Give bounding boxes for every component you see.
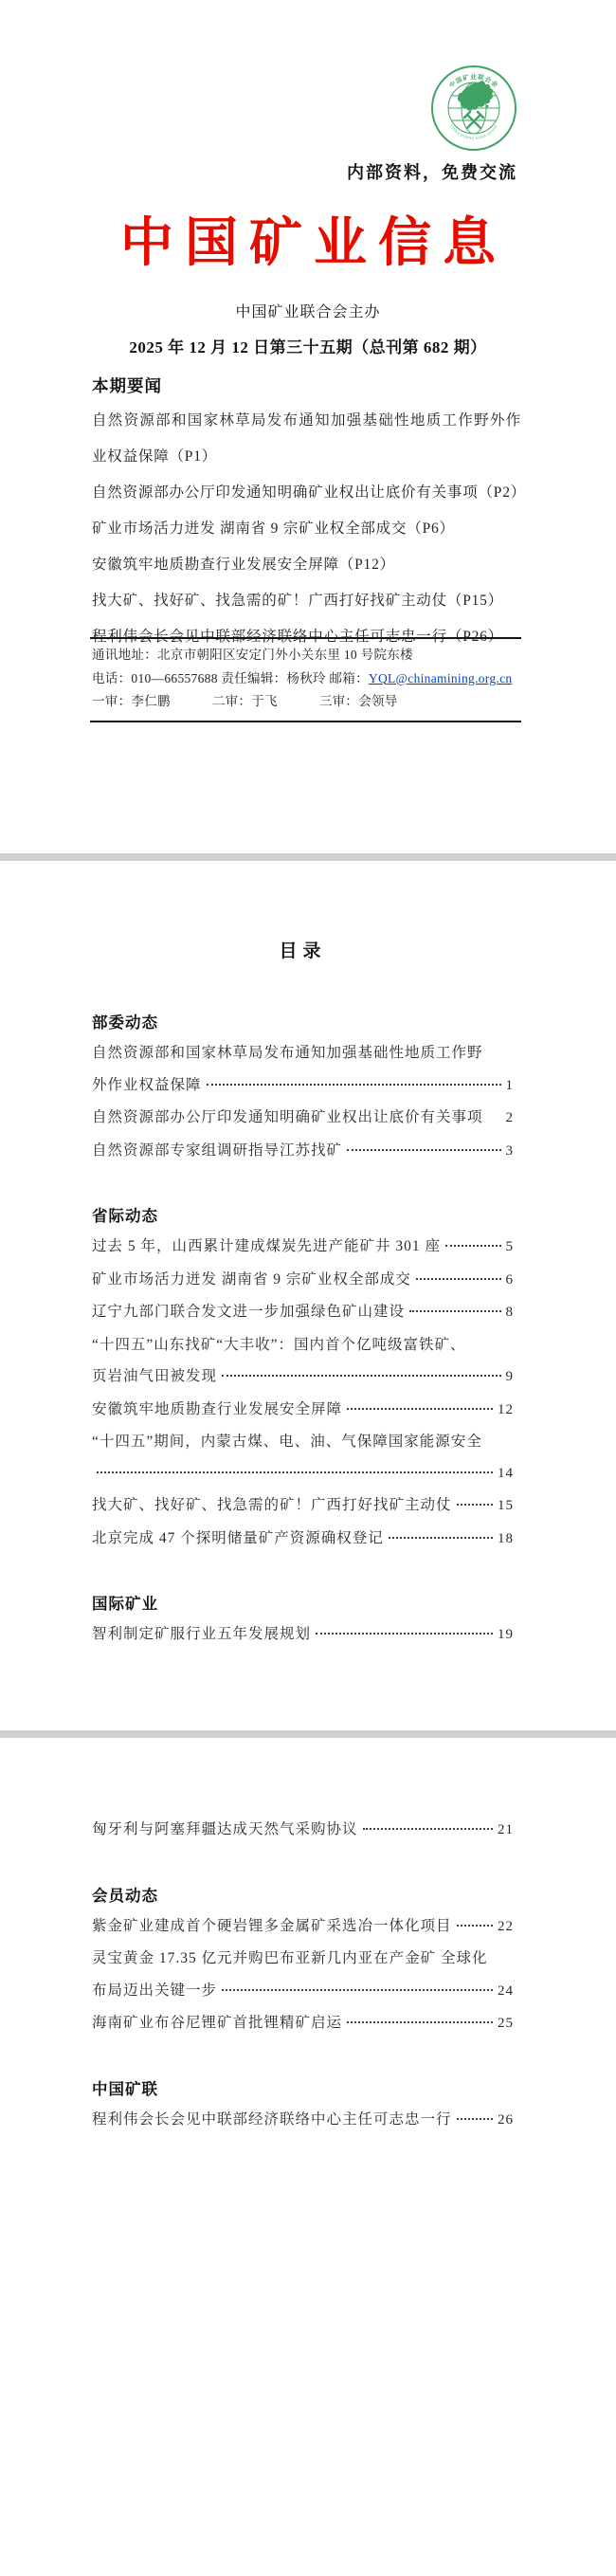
first-reviewer: 一审：李仁鹏: [92, 694, 171, 708]
toc-entry[interactable]: 14: [92, 1458, 514, 1490]
toc-page-number: 14: [498, 1458, 514, 1490]
toc-entry[interactable]: 北京完成 47 个探明储量矿产资源确权登记18: [92, 1523, 514, 1556]
newsletter-title: 中国矿业信息: [0, 201, 616, 277]
dot-leader: [222, 1989, 493, 1991]
toc-section-cma: 中国矿联 程利伟会长会见中联部经济联络中心主任可志忠一行26: [92, 2076, 514, 2137]
newsletter-document: 中国矿业联合会 CHINA MINING ASSOCIATION 内部资料，免费…: [0, 0, 616, 2576]
toc-entry[interactable]: 找大矿、找好矿、找急需的矿！广西打好找矿主动仗15: [92, 1489, 514, 1523]
toc-entry[interactable]: 辽宁九部门联合发文进一步加强绿色矿山建设8: [92, 1296, 514, 1329]
toc-entry[interactable]: 海南矿业布谷尼锂矿首批锂精矿启运25: [92, 2007, 514, 2040]
highlight-item: 自然资源部办公厅印发通知明确矿业权出让底价有关事项（P2）: [92, 475, 521, 511]
highlight-item: 安徽筑牢地质勘查行业发展安全屏障（P12）: [92, 547, 521, 583]
toc-section-provinces: 省际动态 过去 5 年，山西累计建成煤炭先进产能矿井 301 座5 矿业市场活力…: [92, 1203, 514, 1555]
toc-entry[interactable]: “十四五”期间，内蒙古煤、电、油、气保障国家能源安全: [92, 1426, 514, 1458]
dot-leader: [347, 2021, 493, 2023]
highlight-item: 自然资源部和国家林草局发布通知加强基础性地质工作野外作业权益保障（P1）: [92, 403, 521, 475]
organizer-line: 中国矿业联合会主办: [0, 300, 616, 321]
dot-leader: [222, 1375, 500, 1377]
third-reviewer: 三审：会领导: [319, 694, 398, 708]
toc-page-number: 25: [498, 2008, 514, 2040]
dot-leader: [457, 1925, 493, 1927]
toc-page-number: 15: [498, 1490, 514, 1523]
reviewers-line: 一审：李仁鹏二审：于飞三审：会领导: [92, 690, 519, 714]
dot-leader: [97, 1471, 493, 1473]
toc-page-number: 22: [498, 1911, 514, 1944]
page-separator: [0, 853, 616, 861]
toc-section-heading: 省际动态: [92, 1203, 514, 1226]
logo-row: 中国矿业联合会 CHINA MINING ASSOCIATION: [0, 0, 616, 152]
toc-section-international-cont: 匈牙利与阿塞拜疆达成天然气采购协议21: [92, 1738, 514, 1847]
toc-entry[interactable]: 自然资源部和国家林草局发布通知加强基础性地质工作野: [92, 1037, 514, 1069]
contact-phone-line: 电话：010—66557688 责任编辑：杨秋玲 邮箱：YQL@chinamin…: [92, 667, 519, 691]
china-mining-association-logo-icon: 中国矿业联合会 CHINA MINING ASSOCIATION: [430, 64, 517, 152]
toc-page-number: 26: [498, 2105, 514, 2137]
confidential-note: 内部资料，免费交流: [0, 159, 616, 184]
toc-section-heading: 国际矿业: [92, 1591, 514, 1614]
toc-section-heading: 会员动态: [92, 1883, 514, 1906]
toc-page-number: 21: [498, 1815, 514, 1847]
cover-page: 中国矿业联合会 CHINA MINING ASSOCIATION 内部资料，免费…: [0, 0, 616, 853]
dot-leader: [363, 1828, 493, 1830]
toc-page-number: 2: [506, 1103, 515, 1135]
dot-leader: [445, 1245, 500, 1247]
toc-section-members: 会员动态 紫金矿业建成首个硬岩锂多金属矿采选冶一体化项目22 灵宝黄金 17.3…: [92, 1883, 514, 2040]
toc-entry[interactable]: 页岩油气田被发现9: [92, 1361, 514, 1394]
toc-entry[interactable]: 矿业市场活力迸发 湖南省 9 宗矿业权全部成交6: [92, 1264, 514, 1297]
contact-footer: 通讯地址：北京市朝阳区安定门外小关东里 10 号院东楼 电话：010—66557…: [90, 637, 521, 722]
toc-section-heading: 部委动态: [92, 1010, 514, 1032]
toc-page-number: 24: [498, 1976, 514, 2008]
toc-page-number: 8: [506, 1297, 515, 1329]
editor-email-link[interactable]: YQL@chinamining.org.cn: [369, 671, 513, 685]
dot-leader: [347, 1149, 500, 1151]
toc-page-number: 5: [506, 1232, 515, 1264]
dot-leader: [409, 1310, 500, 1312]
toc-section-international: 国际矿业 智利制定矿服行业五年发展规划19: [92, 1591, 514, 1652]
dot-leader: [457, 1504, 493, 1506]
toc-section-ministry: 部委动态 自然资源部和国家林草局发布通知加强基础性地质工作野 外作业权益保障1 …: [92, 1010, 514, 1167]
highlights-list: 自然资源部和国家林草局发布通知加强基础性地质工作野外作业权益保障（P1） 自然资…: [92, 403, 521, 655]
toc-page-2: 匈牙利与阿塞拜疆达成天然气采购协议21 会员动态 紫金矿业建成首个硬岩锂多金属矿…: [0, 1738, 616, 2576]
toc-entry[interactable]: “十四五”山东找矿“大丰收”：国内首个亿吨级富铁矿、: [92, 1329, 514, 1361]
toc-page-number: 6: [506, 1265, 515, 1297]
issue-date-line: 2025 年 12 月 12 日第三十五期（总刊第 682 期）: [0, 334, 616, 357]
toc-section-heading: 中国矿联: [92, 2076, 514, 2099]
toc-entry[interactable]: 自然资源部办公厅印发通知明确矿业权出让底价有关事项2: [92, 1102, 514, 1135]
phone-editor-text: 电话：010—66557688 责任编辑：杨秋玲 邮箱：: [92, 671, 369, 685]
toc-page-number: 19: [498, 1619, 514, 1652]
toc-entry[interactable]: 灵宝黄金 17.35 亿元并购巴布亚新几内亚在产金矿 全球化: [92, 1943, 514, 1975]
highlight-item: 矿业市场活力迸发 湖南省 9 宗矿业权全部成交（P6）: [92, 511, 521, 547]
toc-page-number: 1: [506, 1070, 515, 1103]
toc-title: 目录: [92, 861, 514, 962]
highlights-heading: 本期要闻: [92, 374, 616, 397]
dot-leader: [457, 2118, 493, 2120]
toc-entry[interactable]: 紫金矿业建成首个硬岩锂多金属矿采选冶一体化项目22: [92, 1910, 514, 1944]
dot-leader: [416, 1278, 501, 1280]
toc-entry[interactable]: 匈牙利与阿塞拜疆达成天然气采购协议21: [92, 1814, 514, 1847]
toc-page-number: 9: [506, 1361, 515, 1394]
toc-page-number: 3: [506, 1136, 515, 1168]
toc-entry[interactable]: 自然资源部专家组调研指导江苏找矿3: [92, 1135, 514, 1168]
toc-page-number: 18: [498, 1524, 514, 1556]
contact-address: 通讯地址：北京市朝阳区安定门外小关东里 10 号院东楼: [92, 644, 519, 667]
toc-entry[interactable]: 过去 5 年，山西累计建成煤炭先进产能矿井 301 座5: [92, 1231, 514, 1264]
highlight-item: 找大矿、找好矿、找急需的矿！广西打好找矿主动仗（P15）: [92, 583, 521, 619]
dot-leader: [389, 1537, 493, 1539]
toc-entry[interactable]: 智利制定矿服行业五年发展规划19: [92, 1618, 514, 1652]
toc-entry[interactable]: 安徽筑牢地质勘查行业发展安全屏障12: [92, 1394, 514, 1427]
dot-leader: [347, 1408, 493, 1410]
dot-leader: [316, 1633, 493, 1635]
toc-entry[interactable]: 程利伟会长会见中联部经济联络中心主任可志忠一行26: [92, 2104, 514, 2137]
page-separator: [0, 1730, 616, 1738]
toc-page-1: 目录 部委动态 自然资源部和国家林草局发布通知加强基础性地质工作野 外作业权益保…: [0, 861, 616, 1730]
dot-leader: [207, 1084, 501, 1086]
toc-entry[interactable]: 布局迈出关键一步24: [92, 1975, 514, 2008]
second-reviewer: 二审：于飞: [212, 694, 278, 708]
toc-entry[interactable]: 外作业权益保障1: [92, 1069, 514, 1103]
toc-page-number: 12: [498, 1395, 514, 1427]
